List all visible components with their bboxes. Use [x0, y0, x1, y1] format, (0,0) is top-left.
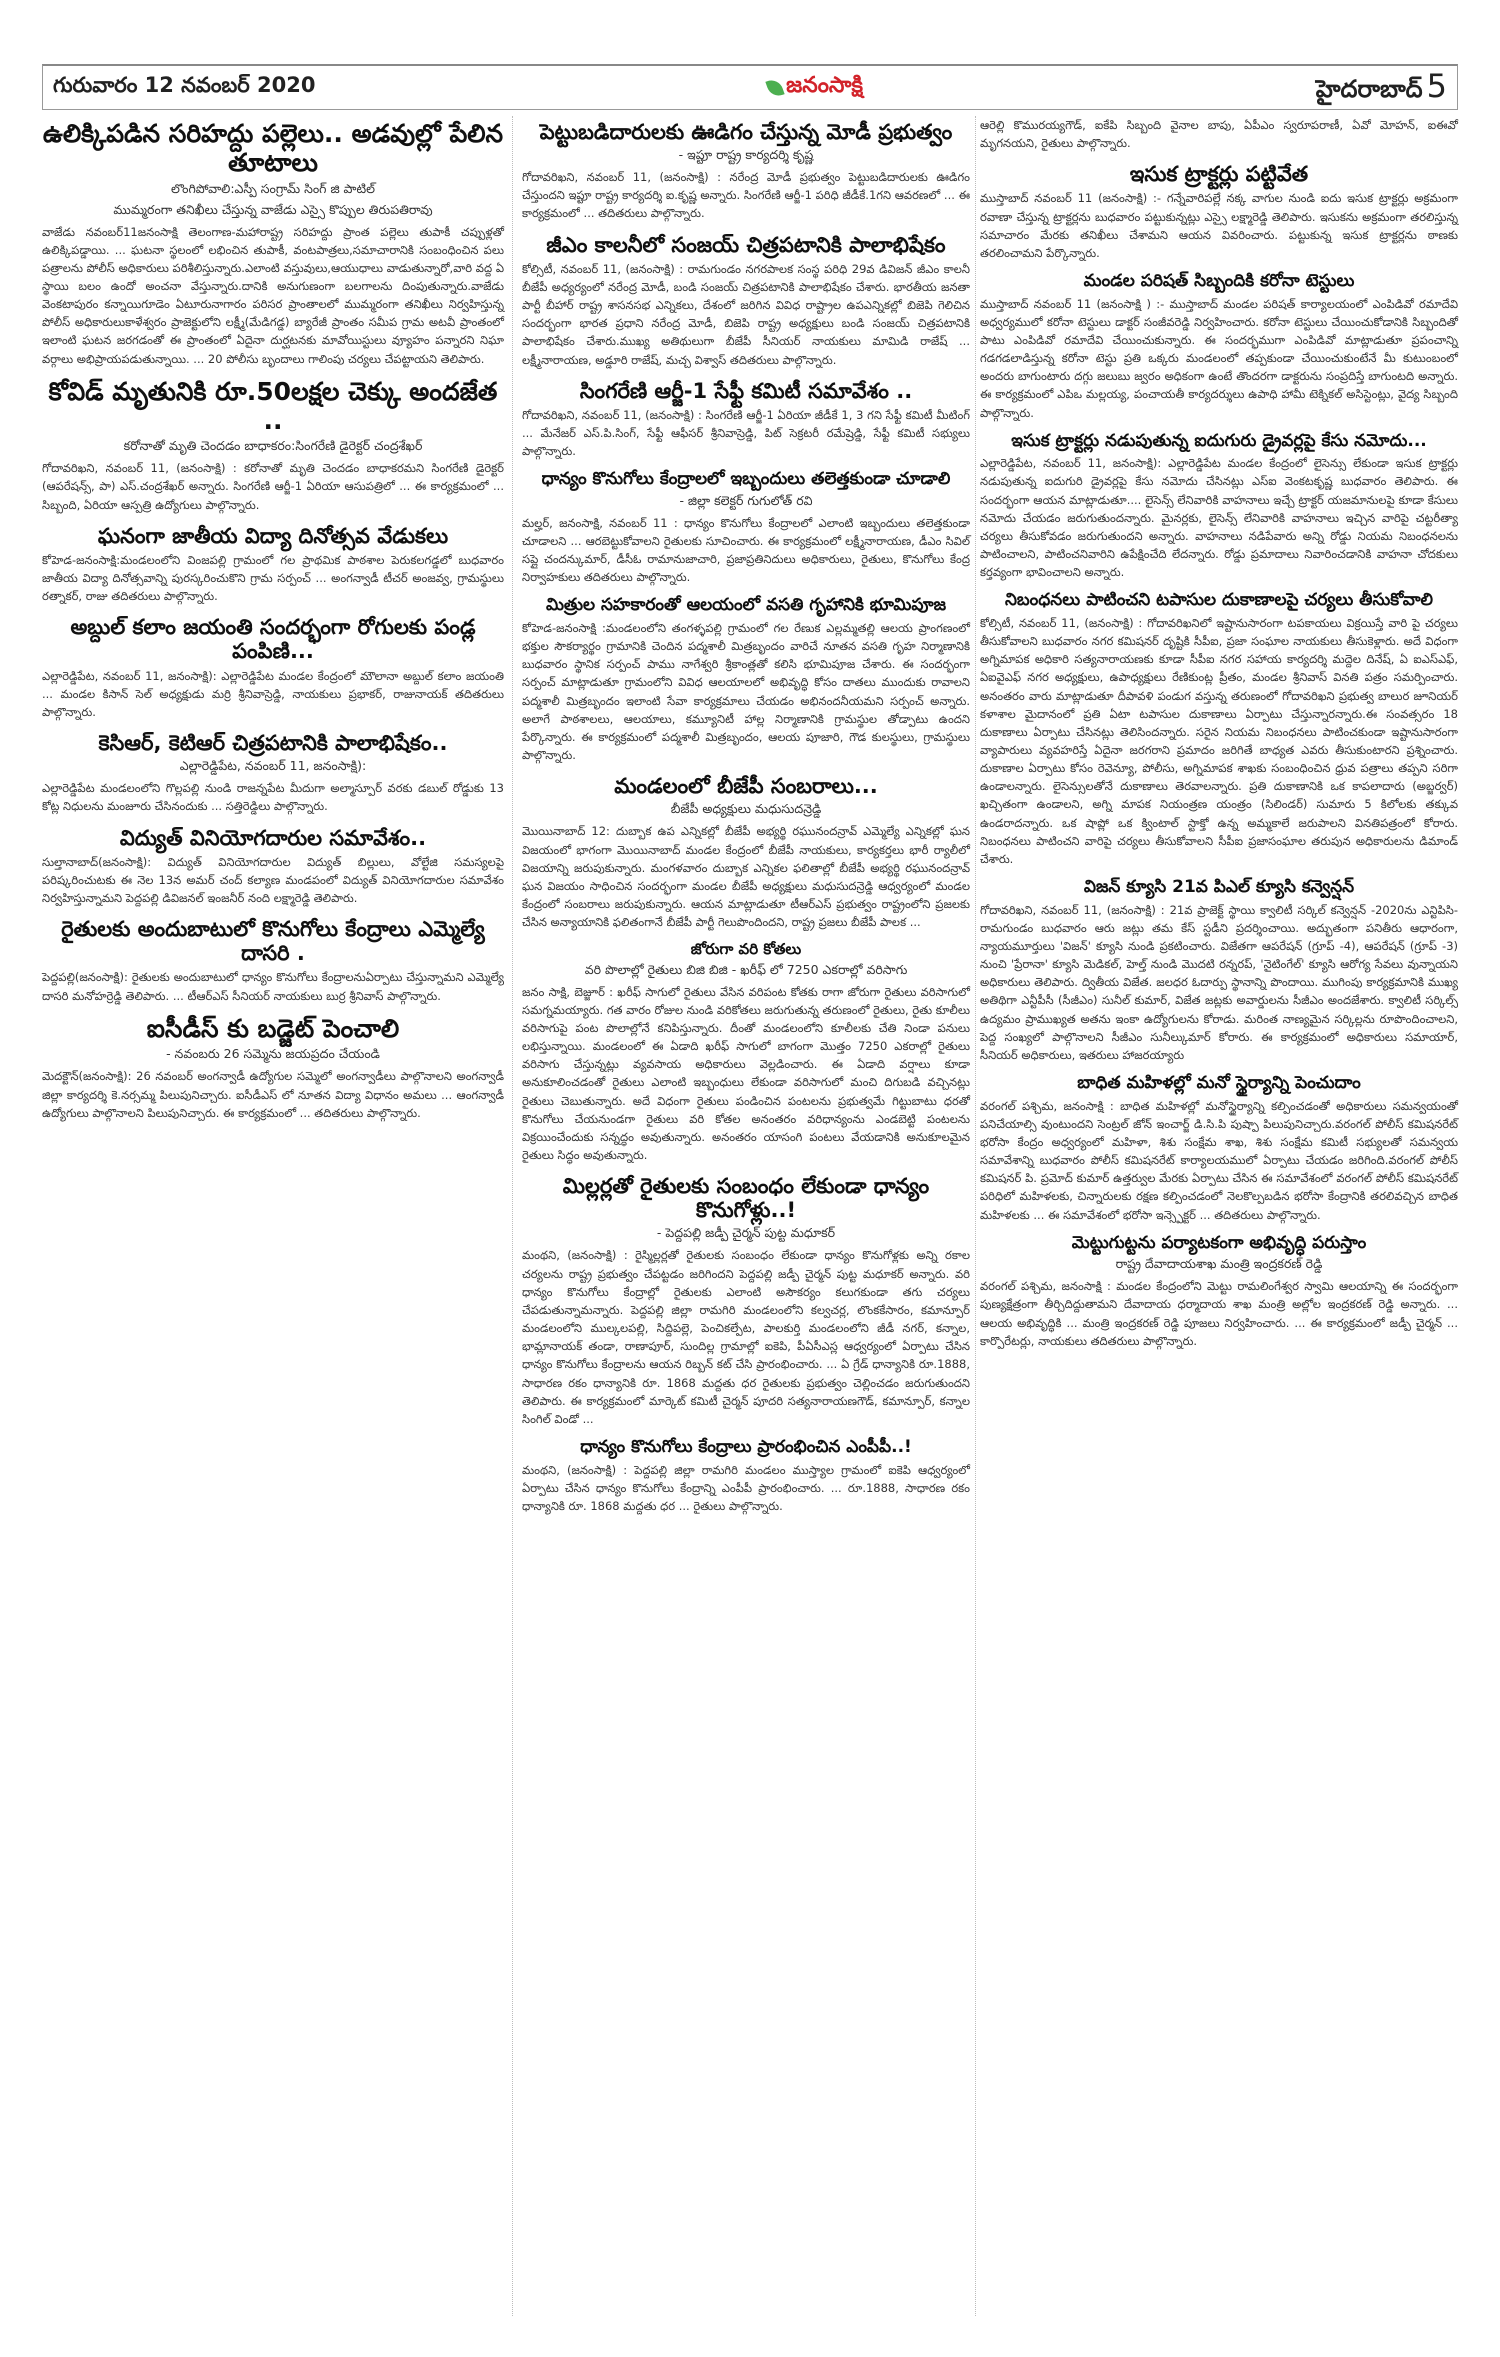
article-subheadline: - నవంబరు 26 సమ్మెను జయప్రదం చేయండి — [42, 1046, 504, 1065]
logo-text: జనంసాక్షి — [786, 73, 863, 103]
article: విజన్ క్యూసి 21వ పిఎల్ క్యూసి కన్వెన్షన్… — [980, 878, 1458, 1064]
article-headline: జీఎం కాలనీలో సంజయ్ చిత్రపటానికి పాలాభిషే… — [522, 233, 970, 257]
article-body: జనం సాక్షి, బెజ్జూర్ : ఖరీఫ్ సాగులో రైతు… — [522, 983, 970, 1165]
article: సింగరేణి ఆర్జీ-1 సేఫ్టీ కమిటీ సమావేశం ..… — [522, 379, 970, 461]
article-body: ఎల్లారెడ్డిపేట, నవంబర్ 11, జనంసాక్షి): ఎ… — [42, 667, 504, 721]
article-subheadline: - ఇప్టూ రాష్ట్ర కార్యదర్శి కృష్ణ — [522, 147, 970, 166]
leaf-icon — [766, 77, 785, 99]
article-body: ఎల్లారెడ్డిపేట, నవంబర్ 11, జనంసాక్షి): ఎ… — [980, 454, 1458, 581]
article-body: కోహెడ-జనంసాక్షి:మండలంలోని వింజపల్లి గ్రా… — [42, 551, 504, 605]
article: విద్యుత్ వినియోగదారుల సమావేశం..సుల్తానాబ… — [42, 826, 504, 908]
article-headline: నిబంధనలు పాటించని టపాసుల దుకాణాలపై చర్యల… — [980, 591, 1458, 611]
article: రైతులకు అందుబాటులో కొనుగోలు కేంద్రాలు ఎమ… — [42, 917, 504, 1005]
article: ఇసుక ట్రాక్టర్లు పట్టివేతముస్తాబాద్ నవంబ… — [980, 162, 1458, 262]
article-headline: అబ్దుల్ కలాం జయంతి సందర్భంగా రోగులకు పండ… — [42, 615, 504, 663]
article-headline: ఘనంగా జాతీయ విద్యా దినోత్సవ వేడుకలు — [42, 524, 504, 548]
article-headline: విజన్ క్యూసి 21వ పిఎల్ క్యూసి కన్వెన్షన్ — [980, 878, 1458, 898]
column-divider — [512, 116, 513, 2316]
article-headline: కెసిఆర్, కెటిఆర్ చిత్రపటానికి పాలాభిషేకం… — [42, 731, 504, 755]
article-headline: పెట్టుబడిదారులకు ఊడిగం చేస్తున్న మోడీ ప్… — [522, 120, 970, 144]
article: ధాన్యం కొనుగోలు కేంద్రాలలో ఇబ్బందులు తలె… — [522, 470, 970, 586]
article: కెసిఆర్, కెటిఆర్ చిత్రపటానికి పాలాభిషేకం… — [42, 731, 504, 815]
article-headline: ధాన్యం కొనుగోలు కేంద్రాలలో ఇబ్బందులు తలె… — [522, 470, 970, 490]
newspaper-logo: జనంసాక్షి — [768, 73, 863, 103]
article-headline: ఐసీడీస్ కు బడ్జెట్ పెంచాలి — [42, 1015, 504, 1044]
page-number: 5 — [1427, 67, 1447, 105]
article: మిల్లర్లతో రైతులకు సంబంధం లేకుండా ధాన్యం… — [522, 1174, 970, 1428]
article: పెట్టుబడిదారులకు ఊడిగం చేస్తున్న మోడీ ప్… — [522, 120, 970, 223]
article-body: మంథని, (జనంసాక్షి) : రైస్మిల్లర్లతో రైతు… — [522, 1246, 970, 1428]
masthead: గురువారం 12 నవంబర్ 2020 జనంసాక్షి హైదరాబ… — [42, 64, 1458, 110]
article-headline: మిత్రుల సహకారంతో ఆలయంలో వసతి గృహానికి భూ… — [522, 596, 970, 616]
article-body: గోదావరిఖని, నవంబర్ 11, (జనంసాక్షి) : 21వ… — [980, 901, 1458, 1064]
article: ఇసుక ట్రాక్టర్లు నడుపుతున్న ఐదుగురు డ్రై… — [980, 432, 1458, 582]
article: జీఎం కాలనీలో సంజయ్ చిత్రపటానికి పాలాభిషే… — [522, 233, 970, 369]
city-name: హైదరాబాద్ — [1316, 75, 1423, 103]
article-headline: రైతులకు అందుబాటులో కొనుగోలు కేంద్రాలు ఎమ… — [42, 917, 504, 965]
article: ఐసీడీస్ కు బడ్జెట్ పెంచాలి- నవంబరు 26 సమ… — [42, 1015, 504, 1122]
article: జోరుగా వరి కోతలువరి పొలాల్లో రైతులు బిజి… — [522, 941, 970, 1164]
article: మండలంలో బీజేపీ సంబరాలు...బీజేపీ అధ్యక్షు… — [522, 774, 970, 931]
article-subheadline: రాష్ట్ర దేవాదాయశాఖ మంత్రి ఇంద్రకరణ్ రెడ్… — [980, 1256, 1458, 1275]
middle-column: పెట్టుబడిదారులకు ఊడిగం చేస్తున్న మోడీ ప్… — [522, 116, 970, 1525]
article: ఘనంగా జాతీయ విద్యా దినోత్సవ వేడుకలుకోహెడ… — [42, 524, 504, 606]
article-subheadline: - పెద్దపల్లి జడ్పీ చైర్మన్ పుట్ట మధూకర్ — [522, 1225, 970, 1244]
article-body: ముస్తాబాద్ నవంబర్ 11 (జనంసాక్షి) :- గన్న… — [980, 189, 1458, 262]
article-subheadline: ఎల్లారెడ్డిపేట, నవంబర్ 11, జనంసాక్షి): — [42, 758, 504, 777]
article-headline: ధాన్యం కొనుగోలు కేంద్రాలు ప్రారంభించిన ఎ… — [522, 1438, 970, 1458]
article-subheadline: వరి పొలాల్లో రైతులు బిజి బిజి - ఖరీఫ్ లో… — [522, 962, 970, 981]
article-headline: కోవిడ్ మృతునికి రూ.50లక్షల చెక్కు అందజేత… — [42, 378, 504, 436]
article-body: సుల్తానాబాద్(జనంసాక్షి): విద్యుత్ వినియో… — [42, 853, 504, 907]
article-subheadline: లొంగిపోవాలి:ఎస్పీ సంగ్రామ్ సింగ్ జి పాటి… — [42, 181, 504, 200]
article-headline: మండలంలో బీజేపీ సంబరాలు... — [522, 774, 970, 798]
article-headline: ఇసుక ట్రాక్టర్లు పట్టివేత — [980, 162, 1458, 186]
issue-date: గురువారం 12 నవంబర్ 2020 — [53, 73, 315, 103]
article-body: వరంగల్ పశ్చిమ, జనంసాక్షి : మండల కేంద్రంల… — [980, 1277, 1458, 1350]
column-divider — [975, 116, 976, 2316]
right-column: ఆరెల్లి కొమురయ్యగౌడ్, ఐకేపి సిబ్బంది వైన… — [980, 116, 1458, 1360]
article: నిబంధనలు పాటించని టపాసుల దుకాణాలపై చర్యల… — [980, 591, 1458, 868]
article: మెట్టుగుట్టను పర్యాటకంగా అభివృద్ధి పరుస్… — [980, 1234, 1458, 1350]
article-body: ఎల్లారెడ్డిపేట మండలంలోని గొల్లపల్లి నుండ… — [42, 779, 504, 815]
left-column: ఉలిక్కిపడిన సరిహద్దు పల్లెలు.. అడవుల్లో … — [42, 116, 504, 1132]
article: కోవిడ్ మృతునికి రూ.50లక్షల చెక్కు అందజేత… — [42, 378, 504, 514]
article-headline: మెట్టుగుట్టను పర్యాటకంగా అభివృద్ధి పరుస్… — [980, 1234, 1458, 1254]
article: అబ్దుల్ కలాం జయంతి సందర్భంగా రోగులకు పండ… — [42, 615, 504, 721]
article-headline: విద్యుత్ వినియోగదారుల సమావేశం.. — [42, 826, 504, 850]
article-headline: జోరుగా వరి కోతలు — [522, 941, 970, 958]
article-body: మొయినాబాద్ 12: దుబ్బాక ఉప ఎన్నికల్లో బీజ… — [522, 822, 970, 931]
article-headline: మిల్లర్లతో రైతులకు సంబంధం లేకుండా ధాన్యం… — [522, 1174, 970, 1222]
article-body: గోదావరిఖని, నవంబర్ 11, (జనంసాక్షి) : కరో… — [42, 459, 504, 513]
article-subheadline: ముమ్మరంగా తనిఖీలు చేస్తున్న వాజేడు ఎస్సై… — [42, 202, 504, 221]
article: ధాన్యం కొనుగోలు కేంద్రాలు ప్రారంభించిన ఎ… — [522, 1438, 970, 1515]
article: మండల పరిషత్ సిబ్బందికి కరోనా టెస్టులుముస… — [980, 272, 1458, 422]
article-body: మంథని, (జనంసాక్షి) : పెద్దపల్లి జిల్లా ర… — [522, 1461, 970, 1515]
article-subheadline: బీజేపీ అధ్యక్షులు మధుసుదన్రెడ్డి — [522, 801, 970, 820]
article-headline: ఇసుక ట్రాక్టర్లు నడుపుతున్న ఐదుగురు డ్రై… — [980, 432, 1458, 452]
article-body: మల్హర్, జనంసాక్షి, నవంబర్ 11 : ధాన్యం కొ… — [522, 514, 970, 587]
article-body: వరంగల్ పశ్చిమ, జనంసాక్షి : బాధిత మహిళల్ల… — [980, 1097, 1458, 1224]
article-headline: ఉలిక్కిపడిన సరిహద్దు పల్లెలు.. అడవుల్లో … — [42, 120, 504, 178]
article: మిత్రుల సహకారంతో ఆలయంలో వసతి గృహానికి భూ… — [522, 596, 970, 764]
article-body: కోహెడ-జనంసాక్షి :మండలంలోని తంగళ్ళపల్లి గ… — [522, 619, 970, 764]
article: ఆరెల్లి కొమురయ్యగౌడ్, ఐకేపి సిబ్బంది వైన… — [980, 116, 1458, 152]
article-body: ఆరెల్లి కొమురయ్యగౌడ్, ఐకేపి సిబ్బంది వైన… — [980, 116, 1458, 152]
article-body: మెదక్టౌన్(జనంసాక్షి): 26 నవంబర్ అంగన్వాడ… — [42, 1067, 504, 1121]
article-body: పెద్దపల్లి(జనంసాక్షి): రైతులకు అందుబాటుల… — [42, 968, 504, 1004]
article-body: కోల్సిటీ, నవంబర్ 11, (జనంసాక్షి) : రామగు… — [522, 260, 970, 369]
article: బాధిత మహిళల్లో మనో స్థైర్యాన్ని పెంచుదాం… — [980, 1074, 1458, 1224]
edition-city: హైదరాబాద్5 — [1316, 67, 1447, 109]
article: ఉలిక్కిపడిన సరిహద్దు పల్లెలు.. అడవుల్లో … — [42, 120, 504, 368]
article-headline: బాధిత మహిళల్లో మనో స్థైర్యాన్ని పెంచుదాం — [980, 1074, 1458, 1094]
article-headline: మండల పరిషత్ సిబ్బందికి కరోనా టెస్టులు — [980, 272, 1458, 292]
article-subheadline: కరోనాతో మృతి చెందడం బాధాకరం:సింగరేణి డైర… — [42, 438, 504, 457]
article-headline: సింగరేణి ఆర్జీ-1 సేఫ్టీ కమిటీ సమావేశం .. — [522, 379, 970, 403]
article-body: గోదావరిఖని, నవంబర్ 11, (జనంసాక్షి) : నరే… — [522, 168, 970, 222]
article-body: కోల్సిటీ, నవంబర్ 11, (జనంసాక్షి) : గోదావ… — [980, 614, 1458, 868]
article-body: గోదావరిఖని, నవంబర్ 11, (జనంసాక్షి) : సిం… — [522, 406, 970, 460]
article-body: వాజేడు నవంబర్11జనంసాక్షి తెలంగాణ-మహారాష్… — [42, 223, 504, 368]
article-subheadline: - జిల్లా కలెక్టర్ గుగులోత్ రవి — [522, 493, 970, 512]
article-body: ముస్తాబాద్ నవంబర్ 11 (జనంసాక్షి ) :- ముస… — [980, 295, 1458, 422]
